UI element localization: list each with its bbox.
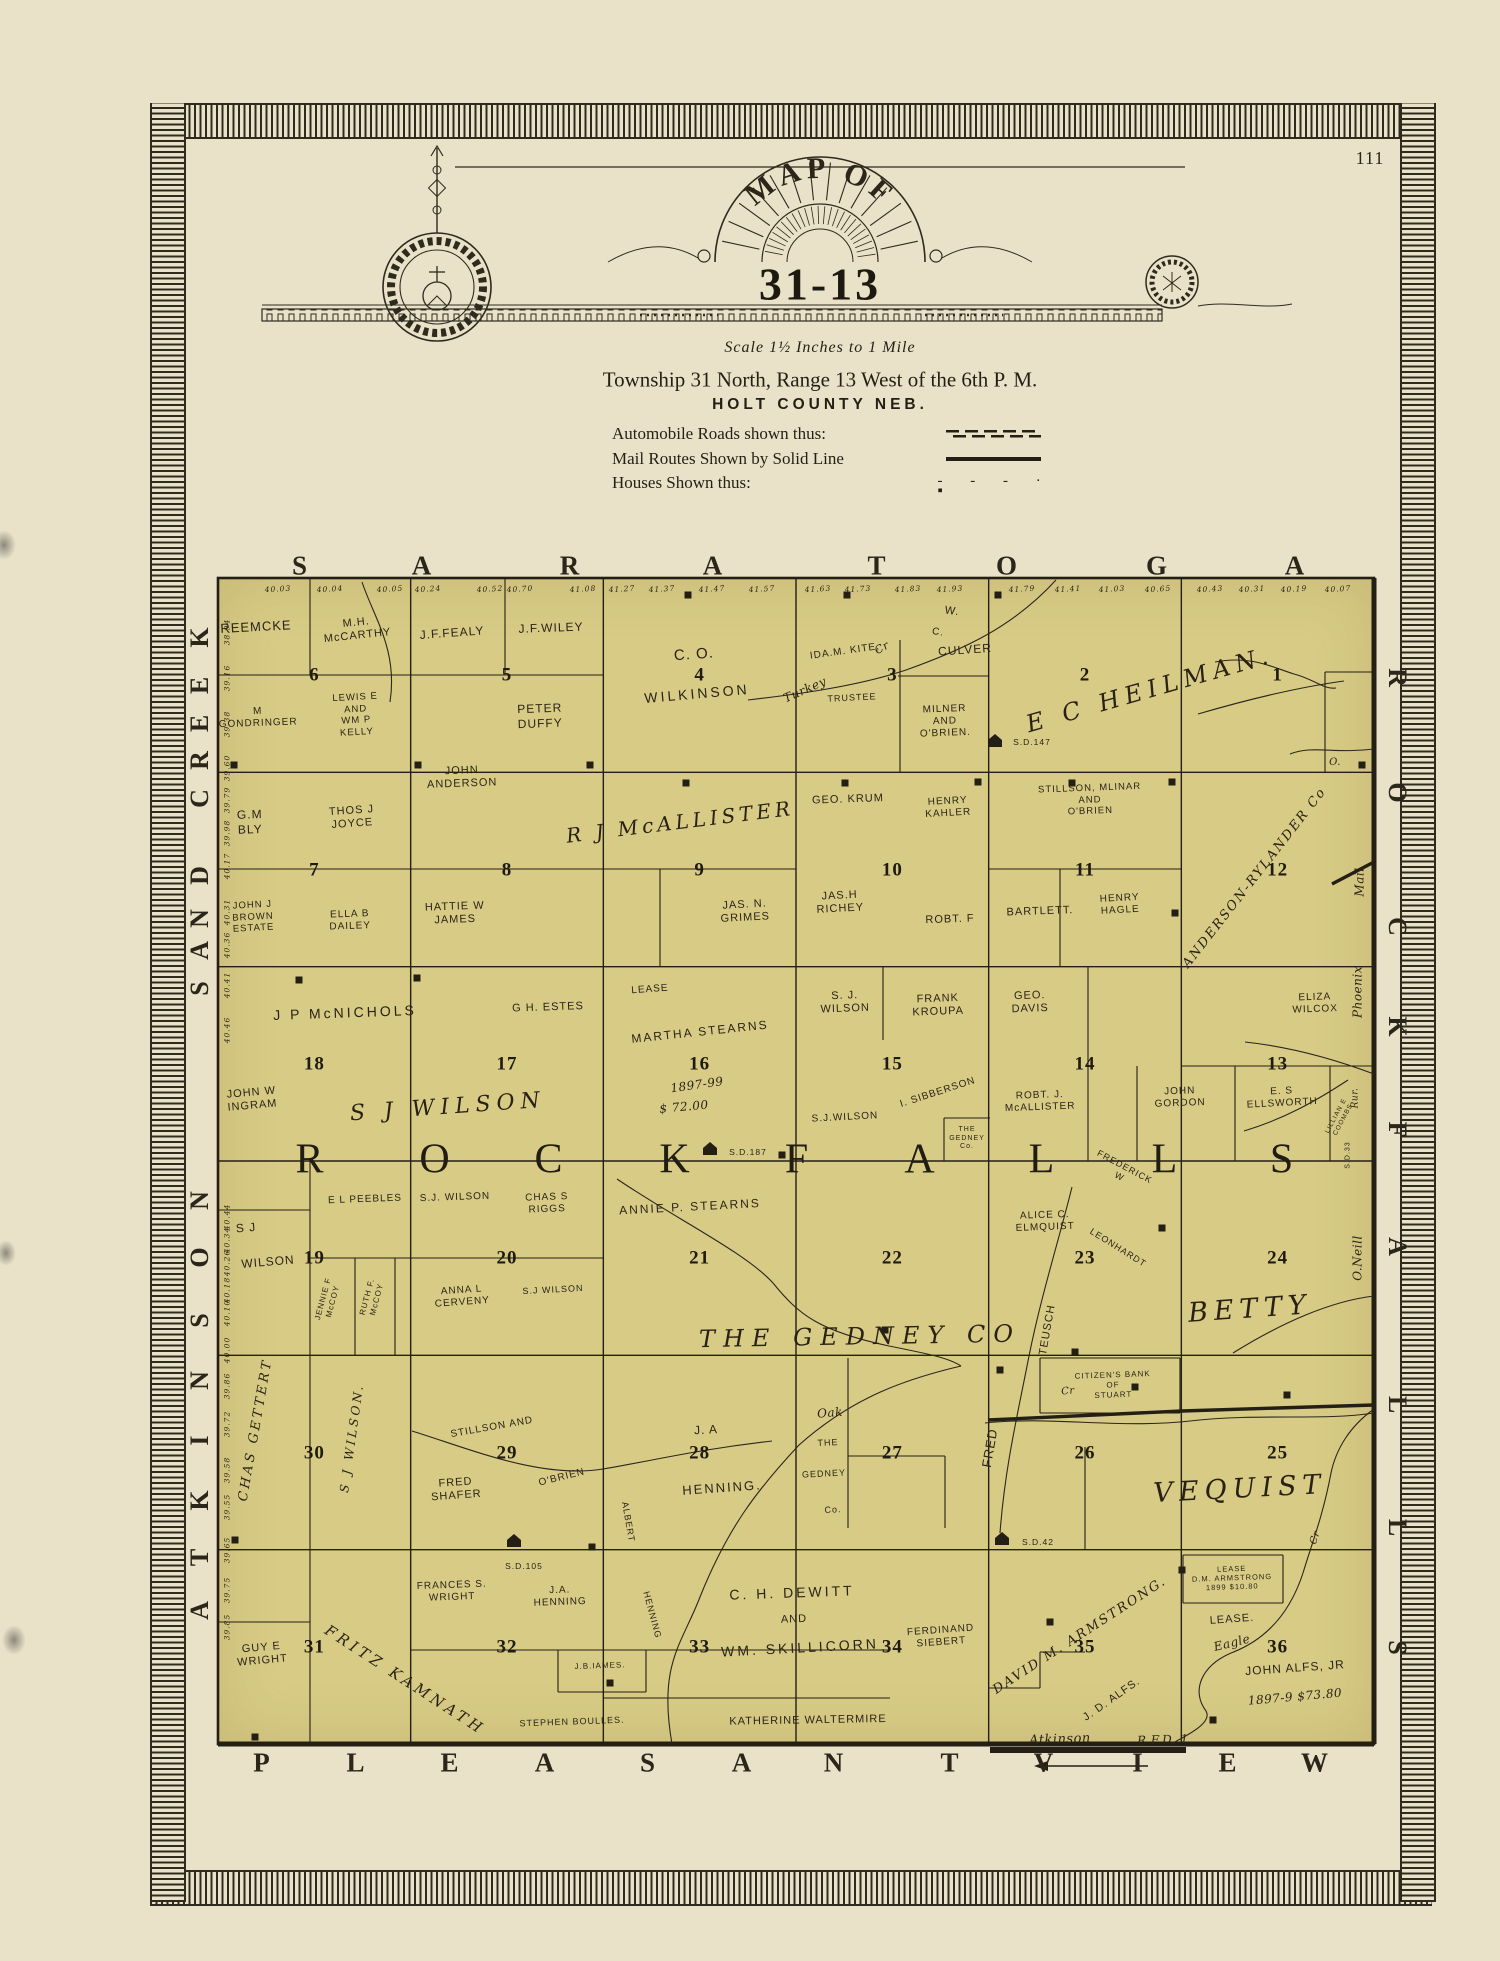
border-name-letter: A bbox=[184, 940, 216, 960]
section-number: 11 bbox=[1075, 858, 1095, 881]
section-number: 16 bbox=[689, 1052, 710, 1075]
legend-dashed-symbol bbox=[946, 429, 1041, 439]
acreage-number: 39.86 bbox=[222, 1373, 231, 1399]
border-name-letter: A bbox=[732, 1747, 753, 1780]
legend-row: Mail Routes Shown by Solid Line bbox=[612, 447, 1082, 472]
owner-label: S.J. WILSON bbox=[420, 1191, 491, 1206]
section-number: 20 bbox=[497, 1247, 518, 1270]
border-name-letter: G bbox=[1146, 550, 1168, 583]
owner-label: ELLA B DAILEY bbox=[329, 908, 371, 934]
section-number: 28 bbox=[689, 1441, 710, 1464]
mail-route-bar bbox=[990, 1747, 1186, 1753]
owner-label: Co. bbox=[824, 1504, 842, 1516]
acreage-number: 40.10 bbox=[222, 1300, 231, 1326]
section-number: 32 bbox=[497, 1635, 518, 1658]
legend-houses-symbol: - - - · ▪ bbox=[938, 476, 1083, 486]
border-name-letter: S bbox=[292, 550, 308, 583]
acreage-number: 39.58 bbox=[222, 1457, 231, 1483]
section-number: 6 bbox=[309, 664, 320, 687]
border-name-letter: V bbox=[1034, 1747, 1055, 1780]
school-label: S.D.187 bbox=[729, 1147, 767, 1157]
owner-label: S.D.33 bbox=[1345, 1141, 1354, 1168]
owner-label: J.A. HENNING bbox=[533, 1584, 587, 1610]
owner-label: J.F.WILEY bbox=[518, 620, 583, 637]
township-name-letter: L bbox=[1029, 1134, 1056, 1185]
owner-label: LEASE bbox=[631, 983, 669, 998]
border-name-letter: C bbox=[1381, 917, 1413, 937]
section-number: 31 bbox=[304, 1635, 325, 1658]
atlas-page: 111 bbox=[0, 0, 1500, 1961]
border-name-letter: E bbox=[184, 676, 216, 694]
ornamental-border-top bbox=[150, 103, 1432, 139]
owner-label: GEDNEY bbox=[802, 1467, 847, 1480]
section-number: 21 bbox=[689, 1247, 710, 1270]
border-name-letter: A bbox=[535, 1747, 556, 1780]
owner-label: FERDINAND SIEBERT bbox=[907, 1622, 976, 1651]
acreage-number: 40.05 bbox=[377, 584, 404, 595]
acreage-number: 41.83 bbox=[895, 584, 922, 595]
acreage-number: 39.85 bbox=[222, 1614, 231, 1640]
border-name-letter: L bbox=[346, 1747, 365, 1780]
county-line: HOLT COUNTY NEB. bbox=[712, 396, 928, 414]
border-name-letter: E bbox=[440, 1747, 459, 1780]
border-name-letter: R bbox=[560, 550, 581, 583]
legend-label: Mail Routes Shown by Solid Line bbox=[612, 449, 942, 469]
section-number: 25 bbox=[1267, 1441, 1288, 1464]
border-name-letter: I bbox=[1132, 1747, 1144, 1780]
section-number: 33 bbox=[689, 1635, 710, 1658]
section-number: 5 bbox=[502, 664, 513, 687]
section-number: 23 bbox=[1075, 1247, 1096, 1270]
border-name-letter: D bbox=[184, 865, 216, 885]
school-label: S.D.105 bbox=[505, 1561, 543, 1571]
acreage-number: 40.03 bbox=[265, 584, 292, 595]
owner-label: R.F.D. 1. bbox=[1137, 1732, 1193, 1749]
border-name-letter: W bbox=[1301, 1747, 1329, 1780]
border-name-letter: I bbox=[184, 1434, 216, 1445]
page-smudge bbox=[2, 1625, 26, 1655]
border-name-letter: R bbox=[1381, 668, 1413, 688]
section-number: 10 bbox=[882, 858, 903, 881]
owner-label: HATTIE W JAMES bbox=[425, 900, 486, 929]
legend-label: Automobile Roads shown thus: bbox=[612, 424, 942, 444]
acreage-number: 40.46 bbox=[222, 1017, 231, 1043]
section-number: 22 bbox=[882, 1247, 903, 1270]
acreage-number: 40.36 bbox=[222, 932, 231, 958]
border-name-letter: A bbox=[1381, 1237, 1413, 1257]
owner-label: KATHERINE WALTERMIRE bbox=[729, 1713, 887, 1729]
section-number: 2 bbox=[1080, 664, 1091, 687]
border-name-letter: F bbox=[1381, 1122, 1413, 1139]
owner-label: S J bbox=[235, 1220, 257, 1236]
owner-label: LEASE D.M. ARMSTRONG 1899 $10.80 bbox=[1191, 1563, 1272, 1593]
owner-label: AND bbox=[781, 1613, 808, 1627]
owner-label: CHAS S RIGGS bbox=[525, 1191, 569, 1217]
owner-label: ANNA L CERVENY bbox=[434, 1283, 491, 1311]
page-smudge bbox=[0, 1240, 16, 1266]
owner-label: JOHN ANDERSON bbox=[426, 763, 497, 792]
section-number: 26 bbox=[1075, 1441, 1096, 1464]
owner-label: MILNER AND O'BRIEN. bbox=[919, 703, 971, 741]
border-name-letter: E bbox=[1218, 1747, 1237, 1780]
owner-label: ELIZA WILCOX bbox=[1292, 991, 1338, 1017]
acreage-number: 39.72 bbox=[222, 1411, 231, 1437]
owner-label: FRED SHAFER bbox=[430, 1475, 482, 1505]
acreage-number: 40.17 bbox=[222, 853, 231, 879]
section-number: 4 bbox=[694, 664, 705, 687]
section-number: 3 bbox=[887, 664, 898, 687]
acreage-number: 41.37 bbox=[649, 584, 676, 595]
owner-label: O. bbox=[1329, 757, 1341, 769]
owner-label: C. O. bbox=[673, 644, 714, 665]
township-name-letter: S bbox=[1270, 1134, 1294, 1185]
owner-label: E. S ELLSWORTH bbox=[1246, 1084, 1318, 1112]
owner-label: GEO. KRUM bbox=[812, 792, 884, 808]
owner-label: HENRY KAHLER bbox=[924, 795, 971, 822]
owner-label: THE bbox=[817, 1437, 839, 1449]
section-number: 18 bbox=[304, 1052, 325, 1075]
page-number: 111 bbox=[1345, 148, 1395, 169]
border-name-letter: K bbox=[184, 1489, 216, 1510]
border-name-letter: T bbox=[940, 1747, 959, 1780]
border-name-letter: O bbox=[184, 1246, 216, 1267]
acreage-number: 40.07 bbox=[1325, 584, 1352, 595]
acreage-number: 40.24 bbox=[415, 584, 442, 595]
section-number: 36 bbox=[1267, 1635, 1288, 1658]
school-label: S.D.42 bbox=[1022, 1537, 1054, 1547]
owner-label: J.B.IAMES. bbox=[574, 1660, 625, 1672]
acreage-number: 39.16 bbox=[222, 665, 231, 691]
section-number: 27 bbox=[882, 1441, 903, 1464]
section-number: 34 bbox=[882, 1635, 903, 1658]
owner-label: GEO. DAVIS bbox=[1011, 989, 1049, 1017]
border-name-letter: N bbox=[184, 908, 216, 928]
owner-label: JOHN GORDON bbox=[1154, 1085, 1206, 1111]
border-name-letter: A bbox=[703, 550, 724, 583]
township-line: Township 31 North, Range 13 West of the … bbox=[603, 368, 1038, 393]
border-name-letter: R bbox=[184, 750, 216, 770]
owner-label: J. A bbox=[694, 1422, 719, 1438]
township-name-letter: R bbox=[295, 1134, 324, 1185]
ornamental-border-bottom bbox=[150, 1870, 1432, 1906]
acreage-number: 40.04 bbox=[317, 584, 344, 595]
acreage-number: 40.19 bbox=[1281, 584, 1308, 595]
section-number: 15 bbox=[882, 1052, 903, 1075]
acreage-number: 39.65 bbox=[222, 1537, 231, 1563]
acreage-number: 40.31 bbox=[1239, 584, 1266, 595]
owner-label: JOHN J BROWN ESTATE bbox=[231, 899, 274, 936]
acreage-number: 40.26 bbox=[222, 1250, 231, 1276]
township-name-letter: K bbox=[659, 1134, 690, 1185]
acreage-number: 39.60 bbox=[222, 755, 231, 781]
section-number: 8 bbox=[502, 858, 513, 881]
owner-label: E L PEEBLES bbox=[328, 1193, 402, 1208]
acreage-number: 40.41 bbox=[222, 972, 231, 998]
owner-label: HENRY HAGLE bbox=[1099, 892, 1140, 918]
acreage-number: 39.55 bbox=[222, 1494, 231, 1520]
border-name-letter: N bbox=[824, 1747, 845, 1780]
owner-label: ROBT. F bbox=[925, 912, 975, 927]
acreage-number: 39.75 bbox=[222, 1577, 231, 1603]
acreage-number: 38.94 bbox=[222, 619, 231, 645]
section-number: 19 bbox=[304, 1247, 325, 1270]
border-name-letter: S bbox=[1381, 1640, 1413, 1655]
section-number: 17 bbox=[497, 1052, 518, 1075]
acreage-number: 40.52 bbox=[477, 584, 504, 595]
section-number: 30 bbox=[304, 1441, 325, 1464]
border-name-letter: A bbox=[412, 550, 433, 583]
legend-row: Houses Shown thus:- - - · ▪ bbox=[612, 471, 1082, 496]
acreage-number: 40.31 bbox=[222, 899, 231, 925]
acreage-number: 39.79 bbox=[222, 787, 231, 813]
acreage-number: 40.43 bbox=[1197, 584, 1224, 595]
owner-label: G.M BLY bbox=[237, 807, 264, 837]
owner-label: Cr bbox=[1061, 1385, 1075, 1398]
township-name-letter: A bbox=[904, 1134, 935, 1185]
owner-label: THOS J JOYCE bbox=[329, 803, 376, 833]
edge-route-label: Mail bbox=[1353, 867, 1368, 896]
owner-label: LEWIS E AND WM P KELLY bbox=[332, 691, 380, 740]
acreage-number: 41.57 bbox=[749, 584, 776, 595]
edge-route-label: O.Neill bbox=[1351, 1235, 1366, 1281]
acreage-number: 41.27 bbox=[609, 584, 636, 595]
acreage-number: 41.73 bbox=[845, 584, 872, 595]
border-name-letter: T bbox=[184, 1548, 216, 1566]
border-name-letter: S bbox=[640, 1747, 656, 1780]
acreage-number: 39.38 bbox=[222, 711, 231, 737]
owner-label: THE GEDNEY CO bbox=[699, 1320, 1022, 1355]
acreage-number: 41.63 bbox=[805, 584, 832, 595]
owner-label: S. J. WILSON bbox=[820, 989, 870, 1018]
border-name-letter: N bbox=[184, 1190, 216, 1210]
owner-label: JAS. N. GRIMES bbox=[720, 897, 771, 926]
border-name-letter: O bbox=[1381, 782, 1413, 803]
township-name-letter: C bbox=[534, 1134, 563, 1185]
section-number: 9 bbox=[694, 858, 705, 881]
border-name-letter: N bbox=[184, 1370, 216, 1390]
border-name-letter: L bbox=[1381, 1396, 1413, 1414]
owner-label: C. bbox=[931, 626, 945, 640]
township-name-letter: O bbox=[419, 1134, 450, 1185]
acreage-number: 41.03 bbox=[1099, 584, 1126, 595]
owner-label: ALICE C. ELMQUIST bbox=[1015, 1209, 1075, 1235]
township-name-letter: L bbox=[1152, 1134, 1179, 1185]
owner-label: FRANK KROUPA bbox=[912, 992, 965, 1021]
ornamental-border-left bbox=[150, 103, 186, 1902]
border-name-letter: S bbox=[184, 980, 216, 995]
owner-label: G H. ESTES bbox=[512, 1000, 584, 1016]
owner-label: FRANCES S. WRIGHT bbox=[417, 1579, 488, 1606]
border-name-letter: C bbox=[184, 788, 216, 808]
acreage-number: 41.47 bbox=[699, 584, 726, 595]
owner-label: CITIZEN'S BANK OF STUART bbox=[1075, 1369, 1152, 1401]
border-name-letter: K bbox=[1381, 1016, 1413, 1037]
acreage-number: 41.41 bbox=[1055, 584, 1082, 595]
owner-label: Atkinson bbox=[1029, 1731, 1091, 1749]
border-name-letter: K bbox=[184, 626, 216, 647]
legend-row: Automobile Roads shown thus: bbox=[612, 422, 1082, 447]
owner-label: BARTLETT. bbox=[1006, 904, 1073, 920]
section-number: 13 bbox=[1267, 1052, 1288, 1075]
border-name-letter: E bbox=[184, 714, 216, 732]
owner-label: STILLSON, MLINAR AND O'BRIEN bbox=[1038, 781, 1142, 819]
section-number: 29 bbox=[497, 1441, 518, 1464]
owner-label: THE GEDNEY Co. bbox=[949, 1126, 985, 1152]
page-smudge bbox=[0, 530, 16, 560]
section-number: 7 bbox=[309, 858, 320, 881]
owner-label: JAS.H RICHEY bbox=[816, 888, 865, 917]
map-legend: Automobile Roads shown thus:Mail Routes … bbox=[612, 422, 1082, 496]
acreage-number: 40.70 bbox=[507, 584, 534, 595]
edge-route-label: Phoenix bbox=[1351, 966, 1366, 1018]
acreage-number: 39.98 bbox=[222, 820, 231, 846]
ornamental-border-right bbox=[1400, 103, 1436, 1902]
acreage-number: 41.79 bbox=[1009, 584, 1036, 595]
township-name-letter: F bbox=[785, 1134, 809, 1185]
section-number: 24 bbox=[1267, 1247, 1288, 1270]
owner-label: W. bbox=[944, 604, 961, 619]
border-name-letter: T bbox=[867, 550, 886, 583]
owner-label: PETER DUFFY bbox=[517, 701, 563, 732]
map-title: 31-13 bbox=[759, 258, 881, 311]
border-name-letter: A bbox=[184, 1600, 216, 1620]
border-name-letter: A bbox=[1285, 550, 1306, 583]
owner-label: GUY E WRIGHT bbox=[236, 1639, 289, 1670]
legend-label: Houses Shown thus: bbox=[612, 473, 934, 493]
owner-label: JOHN W INGRAM bbox=[226, 1084, 278, 1115]
owner-label: Oak bbox=[817, 1405, 844, 1422]
map-of-arc-text: MAP OF bbox=[739, 152, 902, 213]
section-number: 14 bbox=[1075, 1052, 1096, 1075]
acreage-number: 40.00 bbox=[222, 1337, 231, 1363]
acreage-number: 40.65 bbox=[1145, 584, 1172, 595]
border-name-letter: S bbox=[184, 1312, 216, 1327]
border-name-letter: P bbox=[253, 1747, 271, 1780]
owner-label: ROBT. J. McALLISTER bbox=[1004, 1089, 1075, 1116]
border-name-letter: O bbox=[996, 550, 1018, 583]
legend-solid-symbol bbox=[946, 454, 1041, 464]
acreage-number: 41.93 bbox=[937, 584, 964, 595]
svg-text:MAP OF: MAP OF bbox=[739, 152, 902, 213]
map-scale: Scale 1½ Inches to 1 Mile bbox=[724, 339, 915, 357]
border-name-letter: L bbox=[1381, 1519, 1413, 1537]
acreage-number: 41.08 bbox=[570, 584, 597, 595]
